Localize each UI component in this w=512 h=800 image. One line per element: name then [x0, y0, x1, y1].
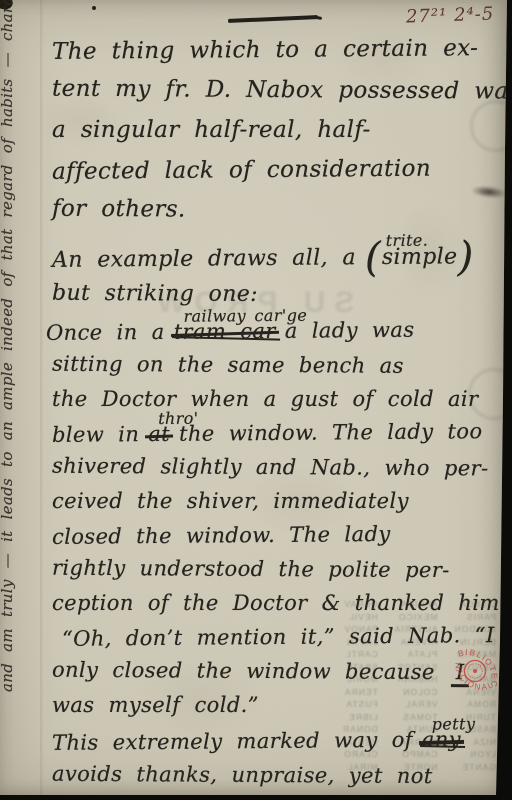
handwritten-line: affected lack of consideration [52, 148, 486, 192]
paragraph-1: The thing which to a certain ex- tent my… [52, 30, 486, 230]
handwritten-line: the Doctor when a gust of cold air [52, 382, 486, 416]
handwritten-line: Once in arailway car'getram cara lady wa… [46, 312, 486, 350]
margin-annotation: and am truly — it leads to an ample inde… [0, 32, 16, 692]
stamp-emblem [472, 668, 478, 674]
paragraph-4: This extremely marked way ofpettyany avo… [52, 724, 486, 792]
inserted-word: trite. [385, 223, 428, 259]
big-parenthesis: ( [365, 233, 381, 281]
handwritten-line: ception of the Doctor & thanked him. [52, 586, 486, 620]
correction: pettyany [422, 722, 461, 756]
handwritten-line: An example draws all, a(trite.simple) [52, 238, 486, 279]
handwritten-line: blew inthro'atthe window. The lady too [52, 414, 486, 452]
paragraph-3: Once in arailway car'getram cara lady wa… [52, 314, 486, 722]
scan-background: SU PROW LISBOA PARIS LONDON BERLIN MADRI… [0, 0, 512, 800]
struck-word: any [422, 722, 461, 756]
handwritten-line: a singular half-real, half- [52, 110, 486, 150]
handwritten-line: avoids thanks, unpraise, yet not [52, 757, 486, 794]
word-stack: trite.simple [382, 239, 458, 276]
manuscript-page: SU PROW LISBOA PARIS LONDON BERLIN MADRI… [0, 0, 512, 800]
line-text: blew in [52, 422, 139, 447]
archival-number: 27²¹ 2⁴-5 [405, 3, 494, 27]
correction: railway car'getram car [174, 314, 276, 349]
line-text: only closed the window because [52, 658, 435, 684]
line-text: the window. The lady too [179, 419, 483, 446]
handwritten-line: only closed the window becauseI [52, 653, 486, 690]
handwritten-line: “Oh, don’t mention it,” said Nab. “I [62, 618, 486, 656]
handwritten-line: tent my fr. D. Nabox possessed was [52, 69, 486, 112]
handwritten-line: ceived the shiver, immediately [52, 484, 486, 518]
handwritten-line: sitting on the same bench as [52, 347, 486, 384]
line-text: Once in a [46, 320, 165, 345]
big-parenthesis: ) [457, 232, 473, 280]
handwritten-line: was myself cold.” [52, 688, 486, 722]
line-text: This extremely marked way of [52, 728, 413, 755]
handwritten-line: The thing which to a certain ex- [52, 28, 486, 72]
handwritten-line: This extremely marked way ofpettyany [52, 722, 486, 760]
ink-dot [92, 6, 96, 10]
correction: thro'at [148, 417, 170, 451]
handwritten-line: shivered slightly and Nab., who per- [52, 449, 486, 486]
pen-flourish-stroke [228, 15, 318, 23]
struck-word: at [148, 417, 170, 451]
handwritten-line: closed the window. The lady [52, 516, 486, 554]
line-text: An example draws all, a [52, 245, 356, 273]
struck-word: tram car [174, 314, 276, 349]
handwritten-line: rightly understood the polite per- [52, 551, 486, 588]
paper-crease [40, 0, 44, 800]
